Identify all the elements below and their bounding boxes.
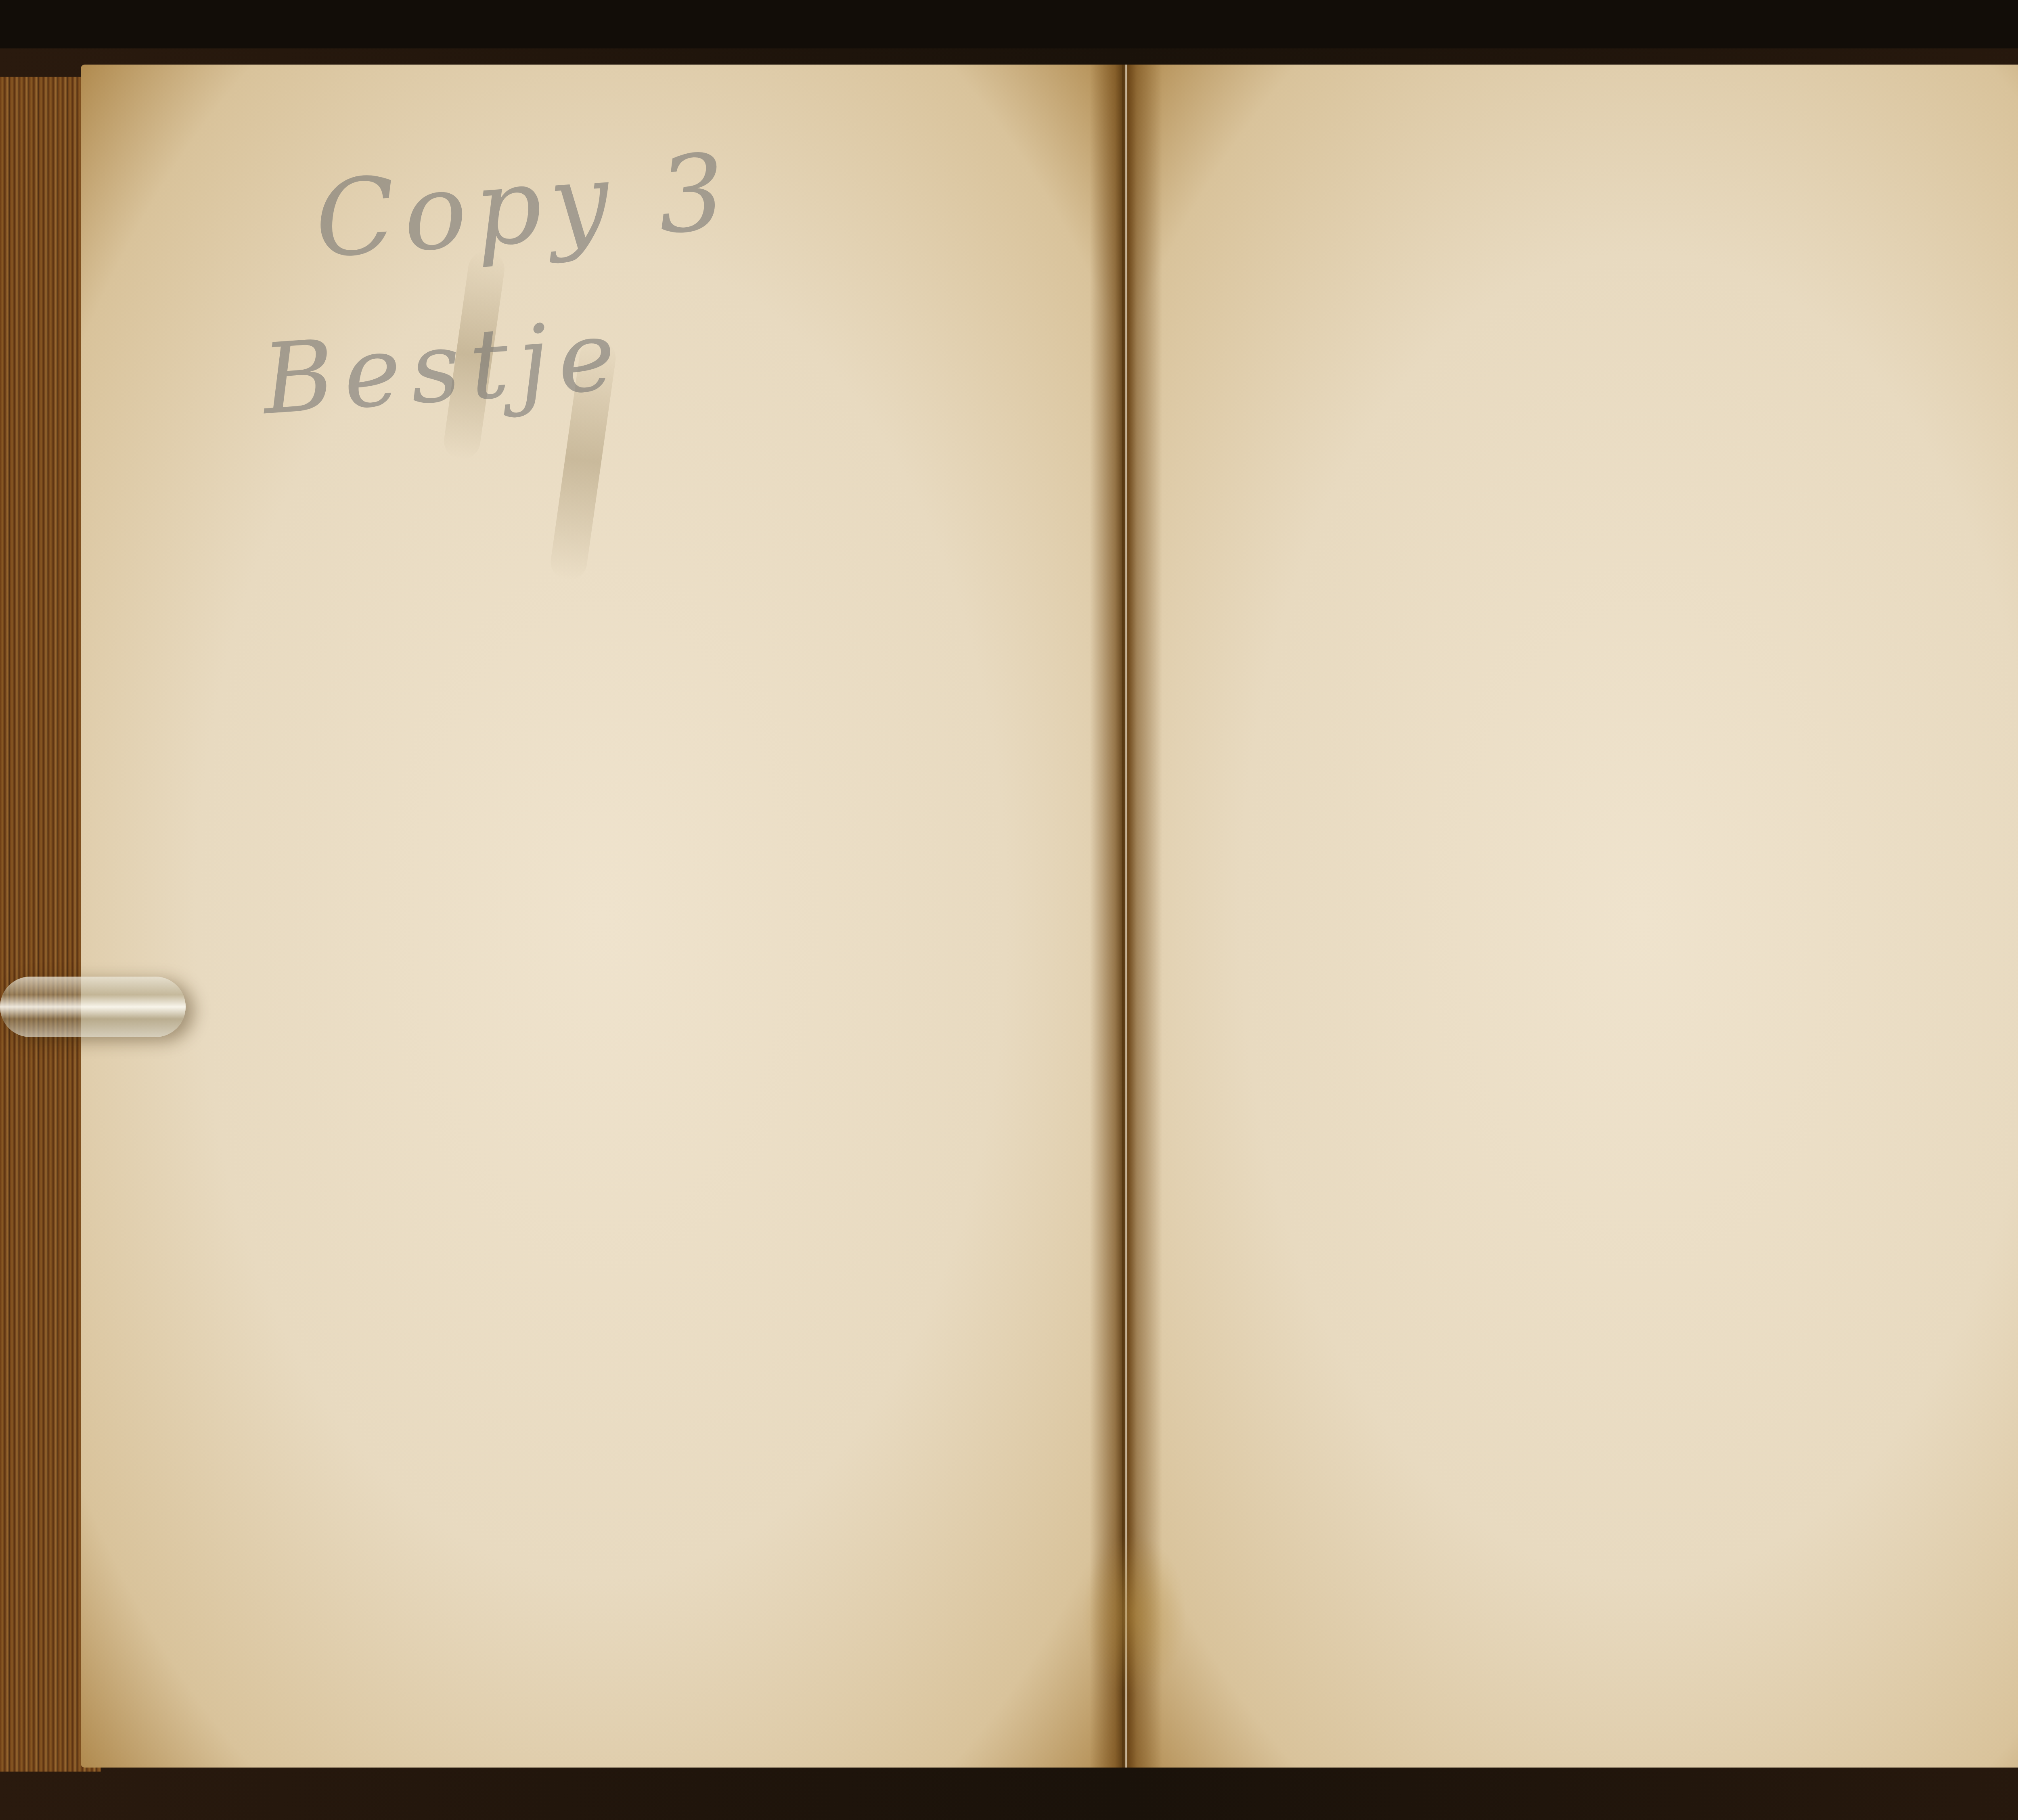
book-gutter <box>1090 65 1162 1768</box>
water-stain <box>1082 1533 1187 1695</box>
glass-page-weight-left <box>0 977 186 1037</box>
photo-scene: Copy 3 Bestje <box>0 0 2018 1820</box>
right-page <box>1126 65 2018 1768</box>
